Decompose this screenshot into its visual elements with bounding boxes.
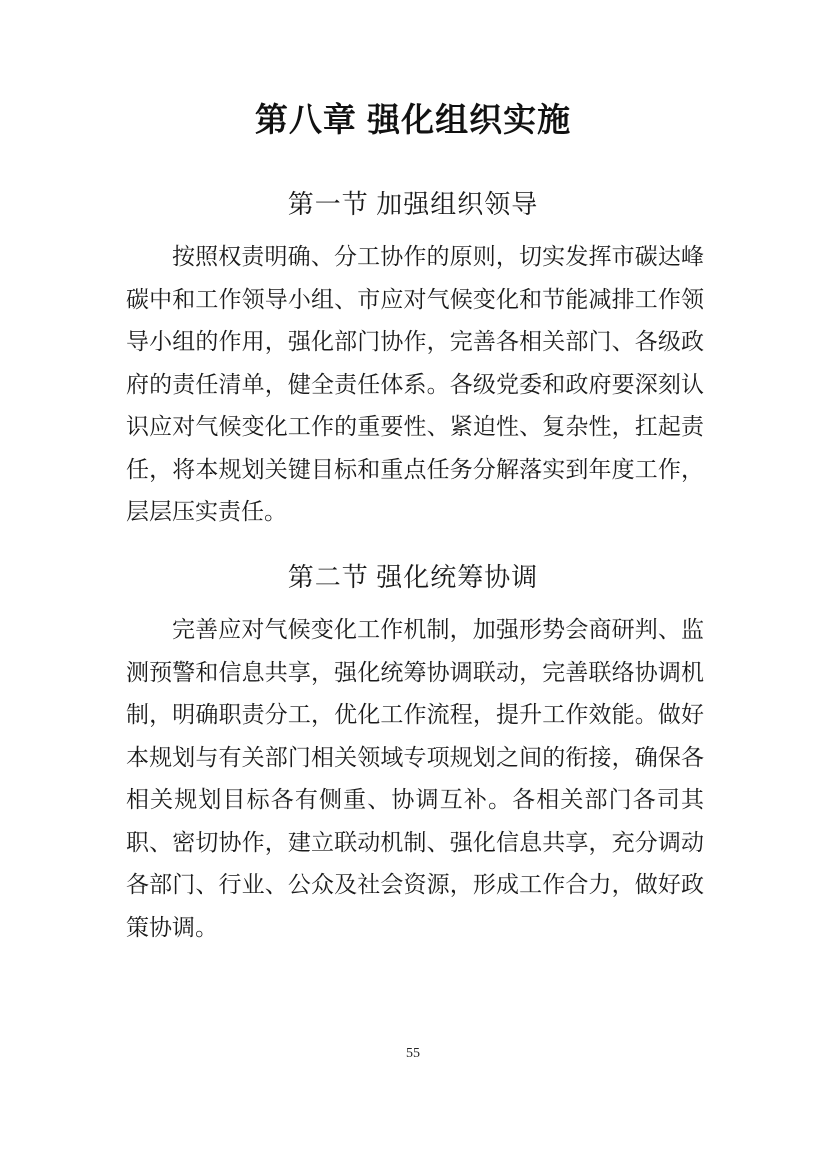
- section-1-paragraph: 按照权责明确、分工协作的原则，切实发挥市碳达峰碳中和工作领导小组、市应对气候变化…: [126, 236, 704, 534]
- page-number: 55: [0, 1046, 826, 1062]
- chapter-title: 第八章 强化组织实施: [0, 101, 826, 139]
- section-1-heading: 第一节 加强组织领导: [0, 189, 826, 221]
- document-page: 第八章 强化组织实施 第一节 加强组织领导 按照权责明确、分工协作的原则，切实发…: [0, 0, 826, 1169]
- section-2-paragraph: 完善应对气候变化工作机制，加强形势会商研判、监测预警和信息共享，强化统筹协调联动…: [126, 609, 704, 949]
- section-2-heading: 第二节 强化统筹协调: [0, 562, 826, 594]
